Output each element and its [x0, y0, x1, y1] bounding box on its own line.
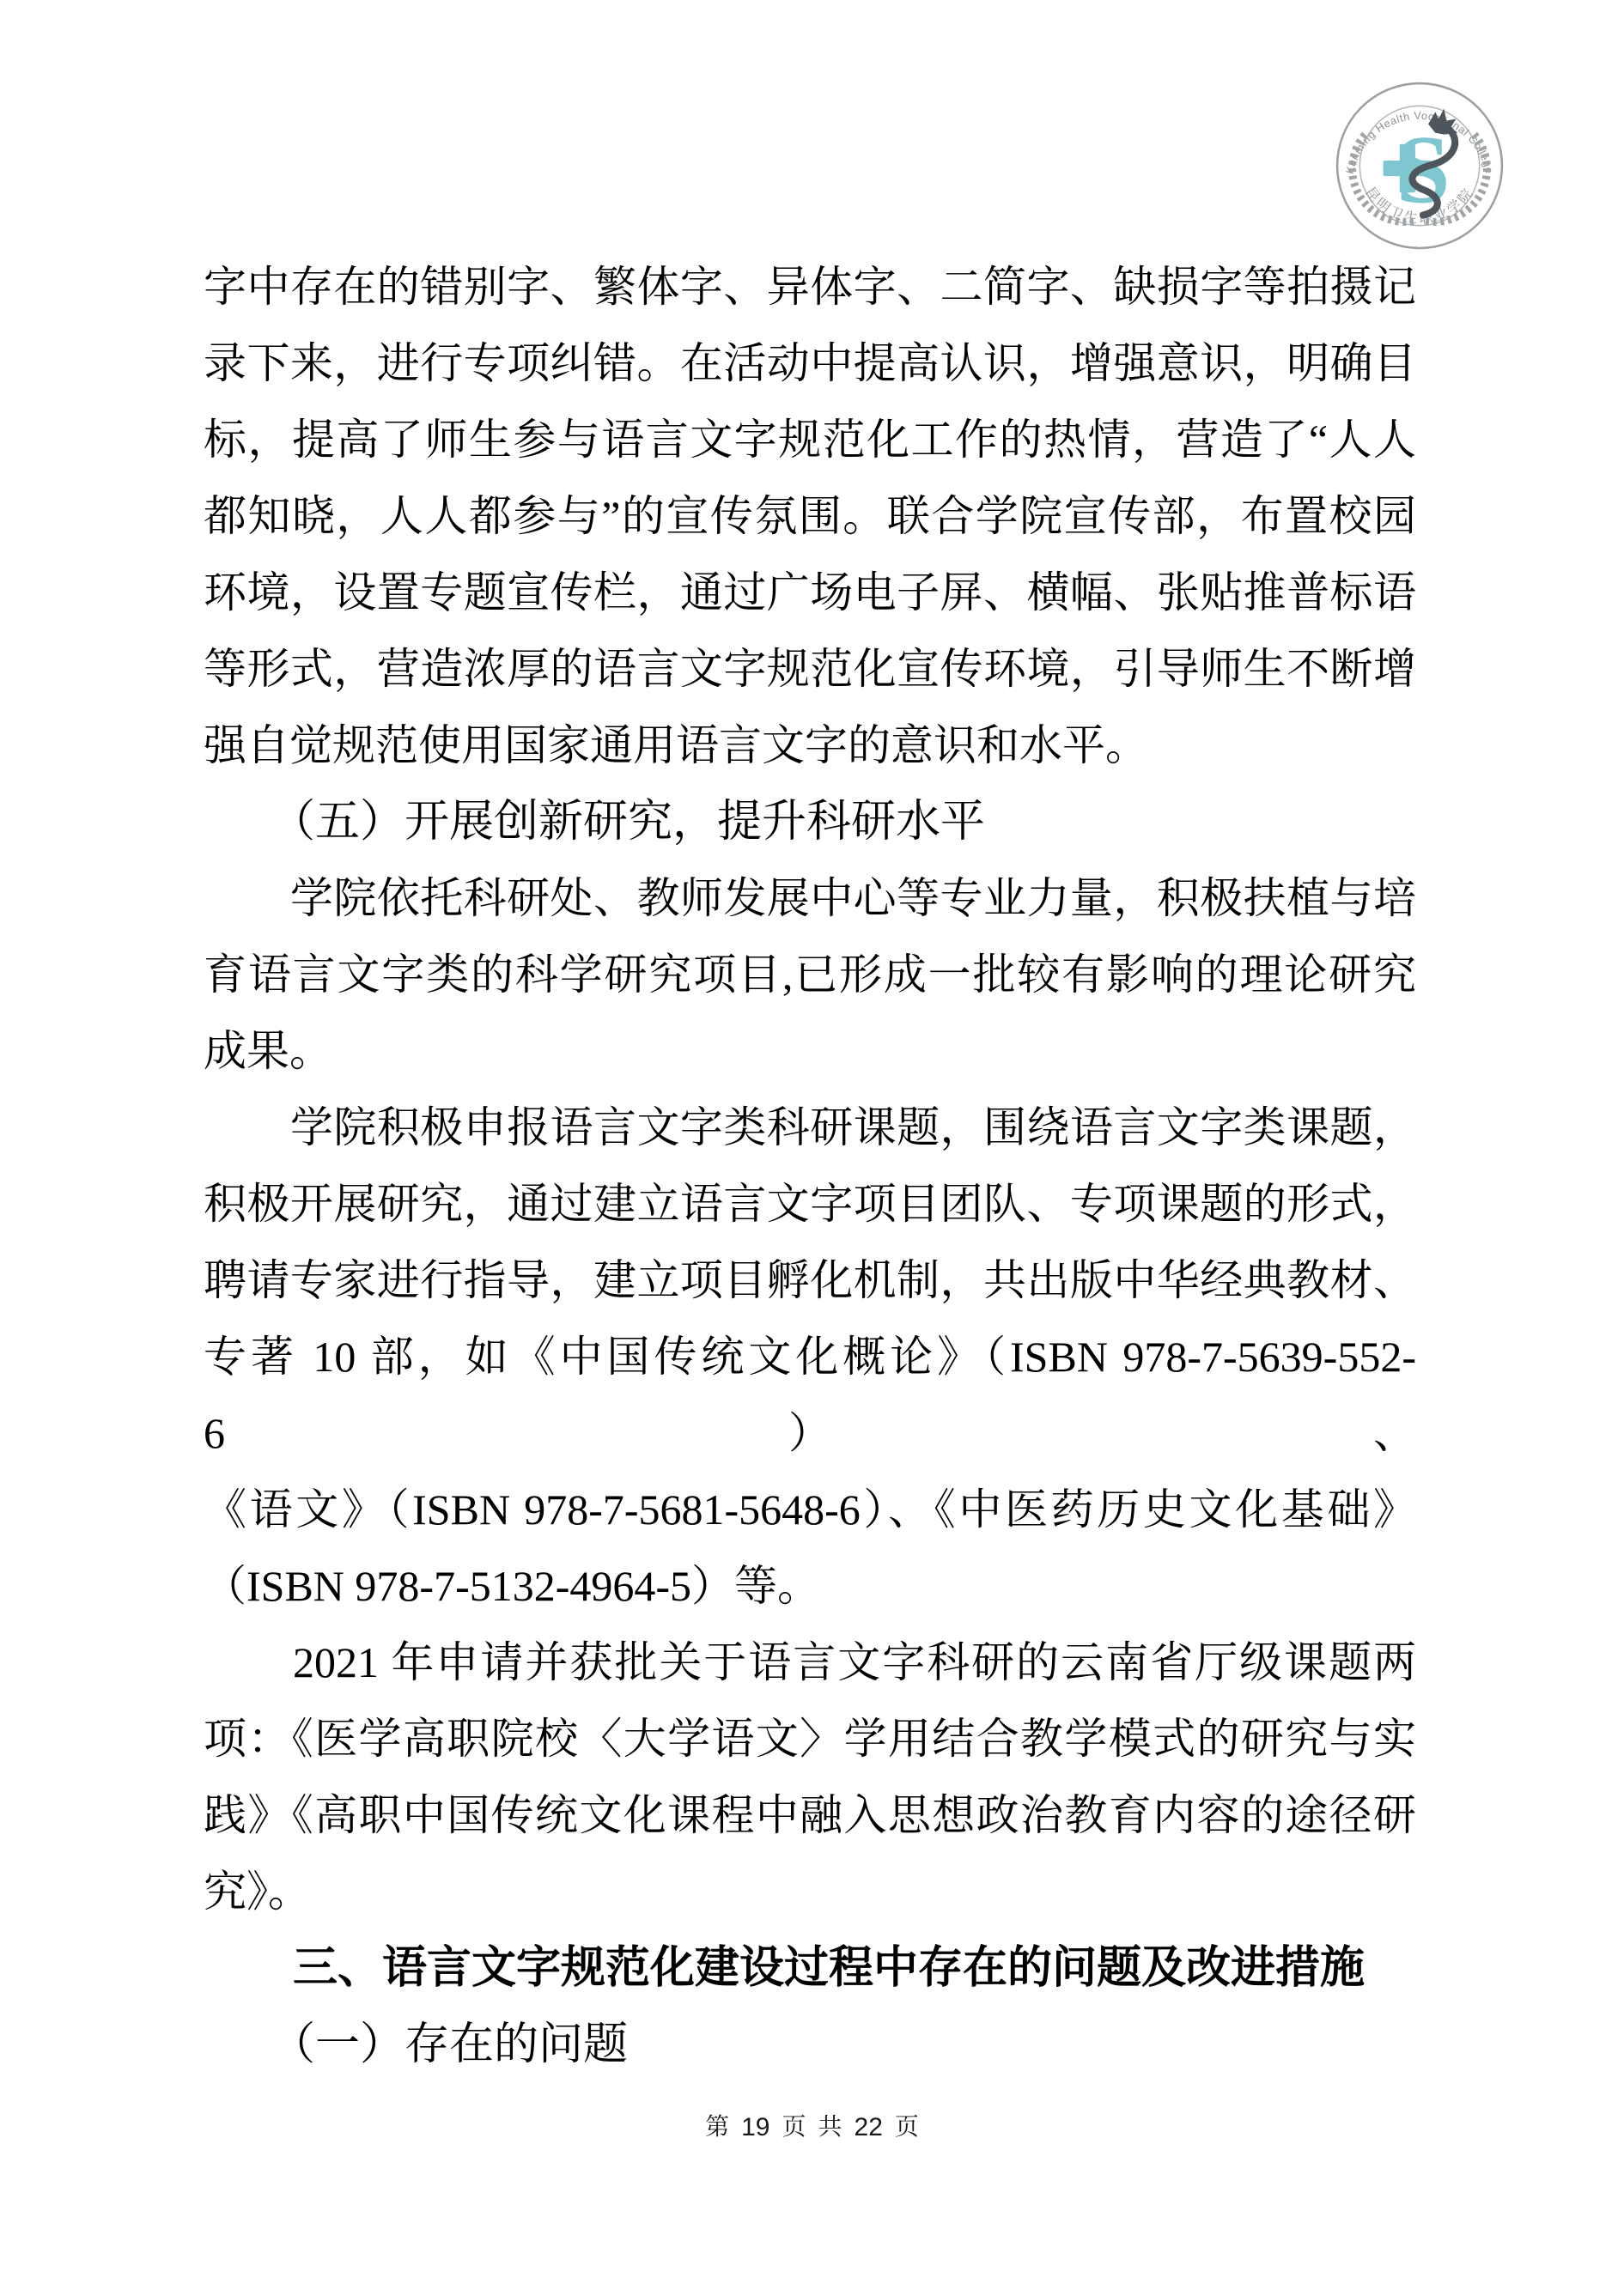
- text-line: 强自觉规范使用国家通用语言文字的意识和水平。: [204, 708, 1416, 784]
- text-line: 都知晓，人人都参与”的宣传氛围。联合学院宣传部，布置校园: [204, 478, 1416, 555]
- text-line: 究》。: [204, 1854, 1416, 1930]
- text-line: 等形式，营造浓厚的语言文字规范化宣传环境，引导师生不断增: [204, 631, 1416, 708]
- text-line: 学院依托科研处、教师发展中心等专业力量，积极扶植与培: [204, 860, 1416, 937]
- text-line: 《语文》（ISBN 978-7-5681-5648-6）、《中医药历史文化基础》: [204, 1472, 1416, 1548]
- text-line: 积极开展研究，通过建立语言文字项目团队、专项课题的形式，: [204, 1166, 1416, 1242]
- text-line: 2021 年申请并获批关于语言文字科研的云南省厅级课题两: [204, 1625, 1416, 1701]
- college-logo: Kunming Health Vocational College 昆明卫生职业…: [1333, 79, 1506, 252]
- section-heading: （五）开展创新研究，提升科研水平: [204, 784, 1416, 860]
- text-line: 环境，设置专题宣传栏，通过广场电子屏、横幅、张贴推普标语: [204, 555, 1416, 631]
- text-line: （ISBN 978-7-5132-4964-5）等。: [204, 1548, 1416, 1625]
- text-line: 聘请专家进行指导，建立项目孵化机制，共出版中华经典教材、: [204, 1242, 1416, 1319]
- text-line: 录下来，进行专项纠错。在活动中提高认识，增强意识，明确目: [204, 325, 1416, 402]
- page-number: 19: [741, 2113, 769, 2142]
- total-pages: 22: [855, 2113, 883, 2142]
- text-line: 育语言文字类的科学研究项目,已形成一批较有影响的理论研究: [204, 937, 1416, 1013]
- text-line: 项：《医学高职院校〈大学语文〉学用结合教学模式的研究与实: [204, 1701, 1416, 1777]
- text-line: 践》《高职中国传统文化课程中融入思想政治教育内容的途径研: [204, 1777, 1416, 1854]
- text-line: 专著 10 部，如《中国传统文化概论》（ISBN 978-7-5639-552-…: [204, 1319, 1416, 1472]
- text-line: 标，提高了师生参与语言文字规范化工作的热情，营造了“人人: [204, 402, 1416, 478]
- text-line: 字中存在的错别字、繁体字、异体字、二简字、缺损字等拍摄记: [204, 249, 1416, 325]
- section-heading: （一）存在的问题: [204, 2007, 1416, 2083]
- document-body: 字中存在的错别字、繁体字、异体字、二简字、缺损字等拍摄记录下来，进行专项纠错。在…: [204, 249, 1416, 2083]
- footer-label-pages: 页: [782, 2108, 806, 2142]
- footer-label-pages-2: 页: [895, 2108, 919, 2142]
- footer-label-total: 共: [818, 2108, 842, 2142]
- footer-prefix: 第: [705, 2108, 729, 2142]
- page-footer: 第19页共22页: [0, 2108, 1624, 2142]
- document-page: Kunming Health Vocational College 昆明卫生职业…: [0, 0, 1624, 2296]
- text-line: 学院积极申报语言文字类科研课题，围绕语言文字类课题，: [204, 1090, 1416, 1166]
- text-line: 成果。: [204, 1013, 1416, 1090]
- section-heading: 三、语言文字规范化建设过程中存在的问题及改进措施: [204, 1930, 1416, 2007]
